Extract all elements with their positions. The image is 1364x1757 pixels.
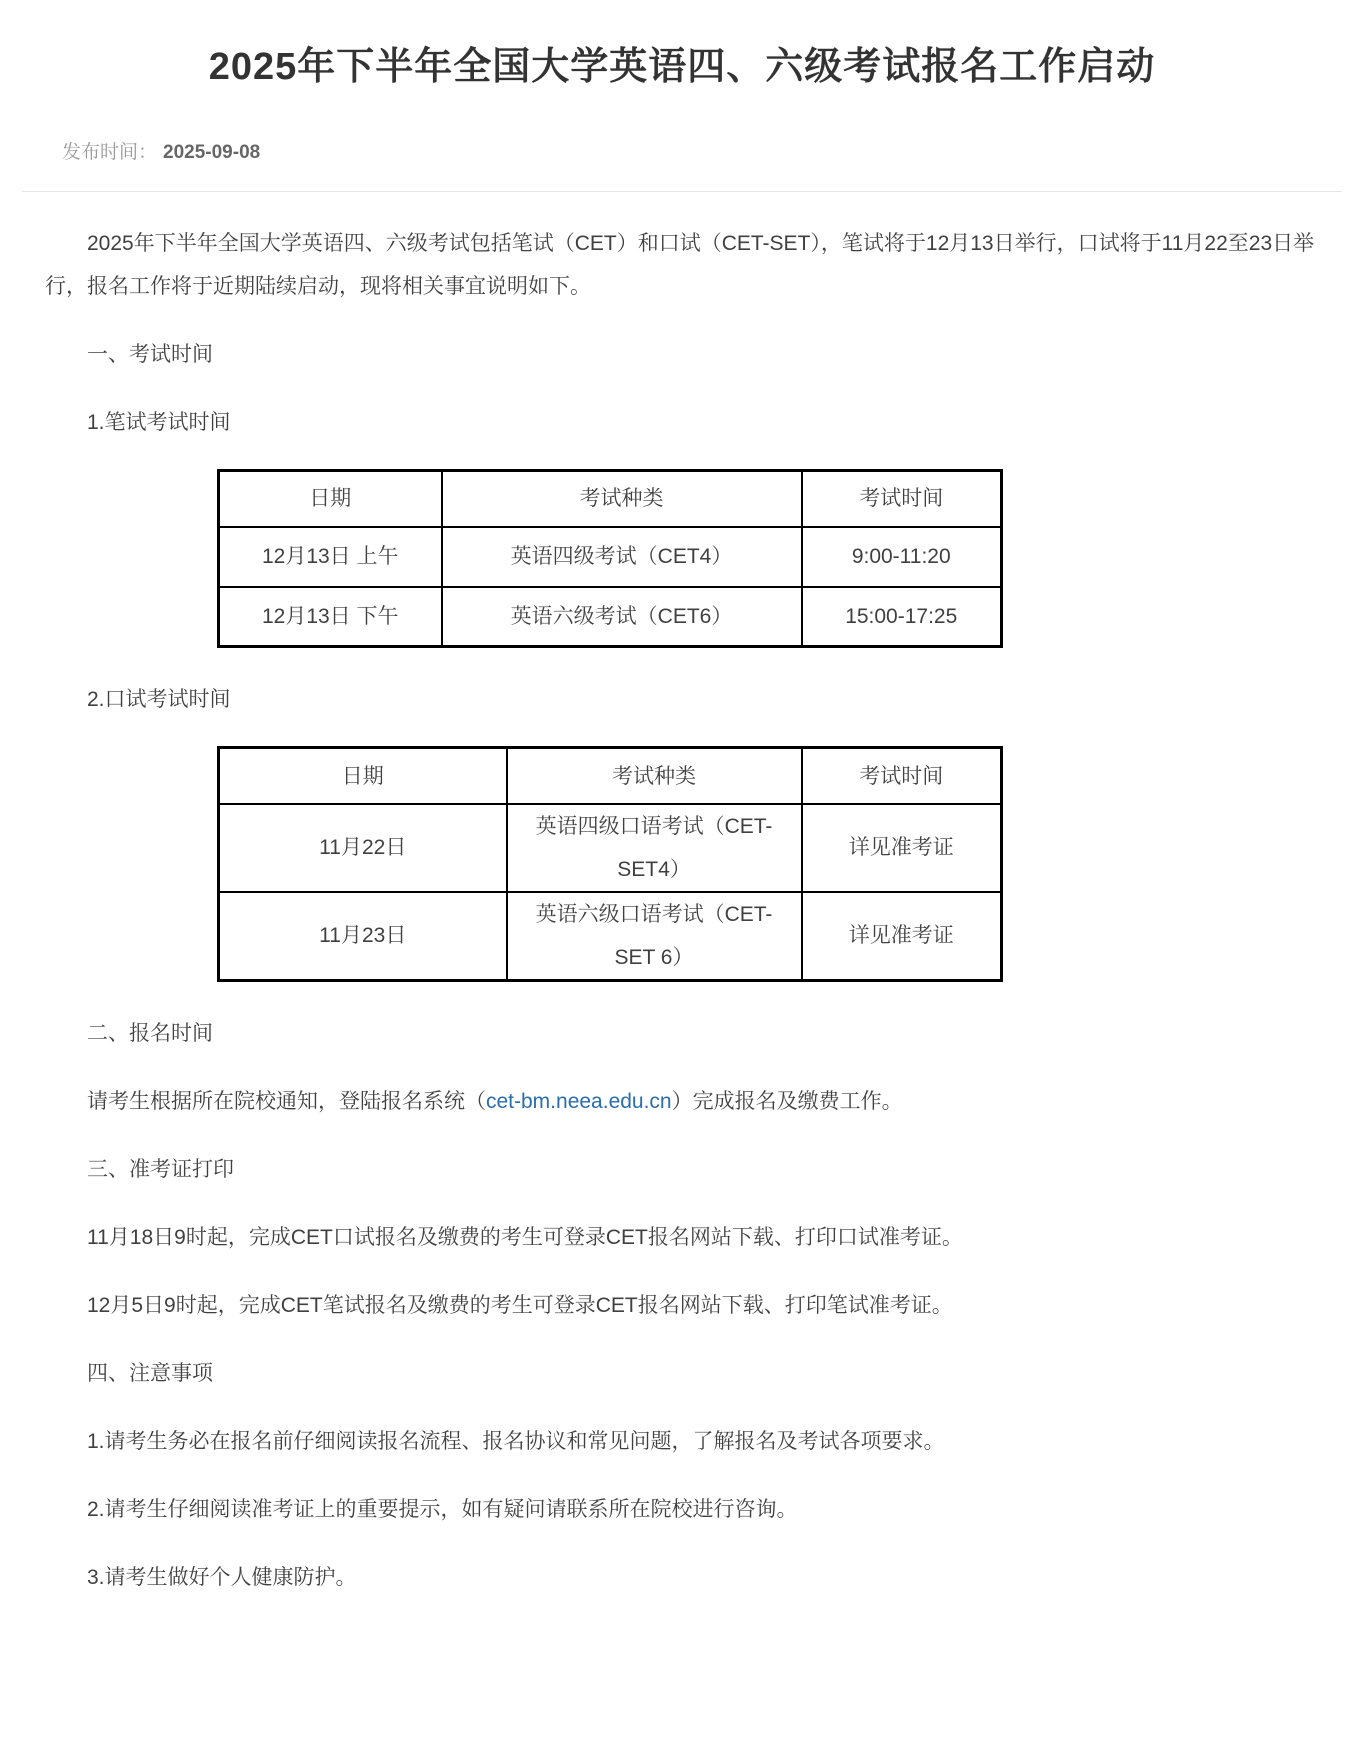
subheading-oral-exam-time: 2.口试考试时间 [45,678,1319,721]
table-cell-date: 11月22日 [219,804,507,892]
table-header-cell-exam-time: 考试时间 [802,471,1002,527]
table-cell-exam-type: 英语四级口语考试（CET-SET4） [507,804,802,892]
article-body: 2025年下半年全国大学英语四、六级考试包括笔试（CET）和口试（CET-SET… [0,192,1364,1599]
table-cell-exam-type: 英语六级口语考试（CET-SET 6） [507,892,802,981]
note-item-2: 2.请考生仔细阅读准考证上的重要提示，如有疑问请联系所在院校进行咨询。 [45,1488,1319,1531]
admission-ticket-oral-paragraph: 11月18日9时起，完成CET口试报名及缴费的考生可登录CET报名网站下载、打印… [45,1216,1319,1259]
table-row: 11月23日 英语六级口语考试（CET-SET 6） 详见准考证 [219,892,1002,981]
oral-exam-table: 日期 考试种类 考试时间 11月22日 英语四级口语考试（CET-SET4） 详… [217,746,1003,982]
page-title: 2025年下半年全国大学英语四、六级考试报名工作启动 [40,42,1324,93]
admission-ticket-written-paragraph: 12月5日9时起，完成CET笔试报名及缴费的考生可登录CET报名网站下载、打印笔… [45,1284,1319,1327]
table-header-cell-exam-type: 考试种类 [507,748,802,804]
table-row: 11月22日 英语四级口语考试（CET-SET4） 详见准考证 [219,804,1002,892]
table-header-cell-exam-type: 考试种类 [442,471,802,527]
registration-text-before: 请考生根据所在院校通知，登陆报名系统（ [87,1090,486,1113]
intro-paragraph: 2025年下半年全国大学英语四、六级考试包括笔试（CET）和口试（CET-SET… [45,222,1319,308]
table-header-cell-date: 日期 [219,471,442,527]
registration-paragraph: 请考生根据所在院校通知，登陆报名系统（cet-bm.neea.edu.cn）完成… [45,1080,1319,1123]
publish-date: 2025-09-08 [157,142,260,163]
table-cell-date: 12月13日 下午 [219,587,442,647]
table-cell-exam-type: 英语六级考试（CET6） [442,587,802,647]
section-heading-registration: 二、报名时间 [45,1012,1319,1055]
section-heading-admission-ticket: 三、准考证打印 [45,1148,1319,1191]
registration-link[interactable]: cet-bm.neea.edu.cn [486,1090,672,1113]
table-cell-date: 12月13日 上午 [219,527,442,587]
section-heading-exam-time: 一、考试时间 [45,333,1319,376]
registration-text-after: ）完成报名及缴费工作。 [672,1090,903,1113]
written-exam-table: 日期 考试种类 考试时间 12月13日 上午 英语四级考试（CET4） 9:00… [217,469,1003,648]
article-page: 2025年下半年全国大学英语四、六级考试报名工作启动 发布时间：2025-09-… [0,42,1364,1599]
table-row: 12月13日 下午 英语六级考试（CET6） 15:00-17:25 [219,587,1002,647]
table-row: 12月13日 上午 英语四级考试（CET4） 9:00-11:20 [219,527,1002,587]
table-cell-exam-time: 详见准考证 [802,892,1002,981]
publish-time-label: 发布时间： [62,142,157,163]
note-item-3: 3.请考生做好个人健康防护。 [45,1556,1319,1599]
table-header-cell-date: 日期 [219,748,507,804]
table-header-row: 日期 考试种类 考试时间 [219,471,1002,527]
section-heading-notes: 四、注意事项 [45,1352,1319,1395]
table-cell-exam-time: 9:00-11:20 [802,527,1002,587]
subheading-written-exam-time: 1.笔试考试时间 [45,401,1319,444]
table-header-cell-exam-time: 考试时间 [802,748,1002,804]
publish-meta: 发布时间：2025-09-08 [62,141,1319,165]
table-cell-exam-time: 详见准考证 [802,804,1002,892]
table-cell-exam-type: 英语四级考试（CET4） [442,527,802,587]
table-cell-exam-time: 15:00-17:25 [802,587,1002,647]
note-item-1: 1.请考生务必在报名前仔细阅读报名流程、报名协议和常见问题，了解报名及考试各项要… [45,1420,1319,1463]
table-cell-date: 11月23日 [219,892,507,981]
table-header-row: 日期 考试种类 考试时间 [219,748,1002,804]
